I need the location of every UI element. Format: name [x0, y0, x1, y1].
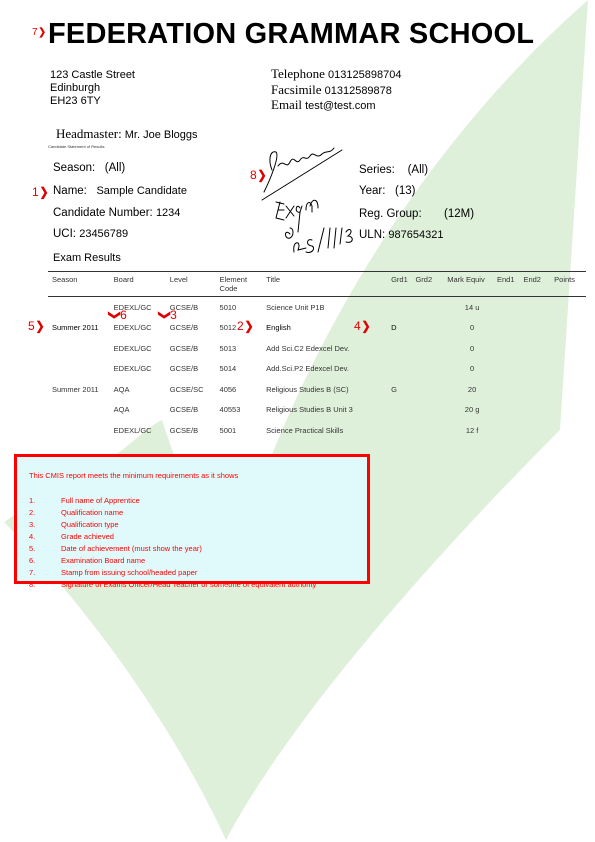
cell-mark: 0 — [447, 338, 497, 359]
school-address: 123 Castle Street Edinburgh EH23 6TY — [50, 69, 135, 108]
cell-grd2 — [415, 297, 447, 318]
uci-field: UCI: 23456789 — [53, 228, 128, 240]
marker-2: 2❯ — [237, 317, 254, 335]
series-field: Series: (All) — [359, 164, 428, 176]
cell-season — [48, 338, 114, 359]
requirement-text: Full name of Apprentice — [61, 496, 140, 505]
column-header: End1 — [497, 272, 523, 297]
requirement-number: 2. — [29, 507, 61, 519]
requirements-intro: This CMIS report meets the minimum requi… — [29, 471, 238, 480]
cell-board: AQA — [114, 400, 170, 421]
cell-board: EDEXL/GC — [114, 338, 170, 359]
reg-group-field: Reg. Group: (12M) — [359, 208, 474, 220]
cell-mark: 20 g — [447, 400, 497, 421]
cell-level: GCSE/B — [170, 359, 220, 380]
requirement-number: 6. — [29, 555, 61, 567]
column-header: Level — [170, 272, 220, 297]
school-contact: Telephone 013125898704 Facsimile 0131258… — [271, 67, 401, 114]
cell-mark: 0 — [447, 359, 497, 380]
uci-value: 23456789 — [79, 228, 128, 240]
cell-mark: 20 — [447, 379, 497, 400]
headmaster-label: Headmaster: — [56, 126, 122, 141]
name-field: Name: Sample Candidate — [53, 185, 187, 197]
year-label: Year: — [359, 185, 385, 197]
table-row: EDEXL/GCGCSE/B5014Add.Sci.P2 Edexcel Dev… — [48, 359, 586, 380]
column-header: Grd2 — [415, 272, 447, 297]
cell-points — [554, 400, 586, 421]
cell-season — [48, 400, 114, 421]
requirement-item: 1.Full name of Apprentice — [29, 495, 316, 507]
year-field: Year: (13) — [359, 185, 415, 197]
candidate-number-value: 1234 — [156, 207, 180, 219]
marker-6: ❯6 — [110, 306, 127, 324]
uln-field: ULN: 987654321 — [359, 229, 443, 241]
column-header: End2 — [523, 272, 554, 297]
series-value: (All) — [408, 164, 428, 176]
requirement-number: 7. — [29, 567, 61, 579]
cell-title: Add Sci.C2 Edexcel Dev. — [266, 338, 391, 359]
cell-end2 — [523, 379, 554, 400]
marker-1: 1❯ — [32, 183, 49, 201]
requirement-item: 7.Stamp from issuing school/headed paper — [29, 567, 316, 579]
cell-grd2 — [415, 400, 447, 421]
cell-end2 — [523, 338, 554, 359]
email-value: test@test.com — [305, 100, 375, 112]
cell-grd1: G — [391, 379, 415, 400]
email-label: Email — [271, 97, 302, 112]
handwritten-signature — [250, 140, 360, 255]
cell-level: GCSE/B — [170, 400, 220, 421]
marker-7: 7❯ — [32, 22, 46, 40]
requirement-text: Qualification type — [61, 520, 119, 529]
requirement-item: 6.Examination Board name — [29, 555, 316, 567]
column-header: Mark Equiv — [447, 272, 497, 297]
season-field: Season: (All) — [53, 162, 125, 174]
requirement-text: Qualification name — [61, 508, 123, 517]
season-label: Season: — [53, 162, 95, 174]
requirement-item: 5.Date of achievement (must show the yea… — [29, 543, 316, 555]
cell-grd1 — [391, 400, 415, 421]
cell-grd2 — [415, 379, 447, 400]
cell-mark: 12 f — [447, 420, 497, 441]
cell-mark: 14 u — [447, 297, 497, 318]
name-value: Sample Candidate — [96, 185, 187, 197]
cell-end1 — [497, 318, 523, 339]
requirements-list: 1.Full name of Apprentice2.Qualification… — [29, 495, 316, 591]
cell-grd1: D — [391, 318, 415, 339]
cell-board: EDEXL/GC — [114, 359, 170, 380]
cell-grd2 — [415, 420, 447, 441]
cell-end2 — [523, 400, 554, 421]
cell-season: Summer 2011 — [48, 379, 114, 400]
cell-end1 — [497, 338, 523, 359]
cell-code: 5001 — [220, 420, 267, 441]
column-header: Element Code — [220, 272, 267, 297]
cell-level: GCSE/B — [170, 420, 220, 441]
cell-title: Add.Sci.P2 Edexcel Dev. — [266, 359, 391, 380]
series-label: Series: — [359, 164, 395, 176]
cell-title: Science Practical Skills — [266, 420, 391, 441]
school-name: FEDERATION GRAMMAR SCHOOL — [48, 18, 534, 51]
year-value: (13) — [395, 185, 415, 197]
cell-season — [48, 420, 114, 441]
uln-value: 987654321 — [388, 229, 443, 241]
cell-season: Summer 2011 — [48, 318, 114, 339]
cell-level: GCSE/B — [170, 318, 220, 339]
table-header-row: Season Board Level Element Code Title Gr… — [48, 272, 586, 297]
table-row: Summer 2011EDEXL/GCGCSE/B5012EnglishD0 — [48, 318, 586, 339]
headmaster: Headmaster: Mr. Joe Bloggs — [56, 126, 198, 142]
cell-level: GCSE/B — [170, 297, 220, 318]
column-header: Title — [266, 272, 391, 297]
uci-label: UCI: — [53, 228, 76, 240]
cell-end1 — [497, 379, 523, 400]
cell-grd1 — [391, 297, 415, 318]
facsimile-label: Facsimile — [271, 82, 322, 97]
candidate-number-label: Candidate Number: — [53, 207, 153, 219]
cell-grd1 — [391, 420, 415, 441]
cell-points — [554, 318, 586, 339]
cell-points — [554, 379, 586, 400]
exam-results-table: Season Board Level Element Code Title Gr… — [48, 271, 586, 441]
column-header: Grd1 — [391, 272, 415, 297]
requirement-number: 4. — [29, 531, 61, 543]
requirement-text: Grade achieved — [61, 532, 114, 541]
cell-code: 40553 — [220, 400, 267, 421]
marker-3: ❯3 — [160, 306, 177, 324]
cell-code: 5010 — [220, 297, 267, 318]
requirement-number: 3. — [29, 519, 61, 531]
requirement-item: 3.Qualification type — [29, 519, 316, 531]
cell-end2 — [523, 297, 554, 318]
cell-grd1 — [391, 359, 415, 380]
cell-end1 — [497, 297, 523, 318]
column-header: Points — [554, 272, 586, 297]
cell-end2 — [523, 420, 554, 441]
cell-grd2 — [415, 359, 447, 380]
cell-board: EDEXL/GC — [114, 420, 170, 441]
cell-season — [48, 359, 114, 380]
reg-group-value: (12M) — [444, 208, 474, 220]
telephone-label: Telephone — [271, 66, 325, 81]
requirement-number: 1. — [29, 495, 61, 507]
requirement-text: Signature of Exams Officer/Head Teacher … — [61, 580, 316, 589]
cell-points — [554, 359, 586, 380]
table-row: EDEXL/GCGCSE/B5001Science Practical Skil… — [48, 420, 586, 441]
cell-code: 4056 — [220, 379, 267, 400]
table-row: EDEXL/GCGCSE/B5013Add Sci.C2 Edexcel Dev… — [48, 338, 586, 359]
cell-board: AQA — [114, 379, 170, 400]
uln-label: ULN: — [359, 229, 385, 241]
headmaster-value: Mr. Joe Bloggs — [125, 129, 198, 141]
requirement-text: Examination Board name — [61, 556, 145, 565]
cell-end1 — [497, 359, 523, 380]
requirement-item: 8.Signature of Exams Officer/Head Teache… — [29, 579, 316, 591]
requirement-text: Stamp from issuing school/headed paper — [61, 568, 197, 577]
facsimile-value: 01312589878 — [325, 85, 392, 97]
cell-level: GCSE/SC — [170, 379, 220, 400]
cell-season — [48, 297, 114, 318]
exam-results-heading: Exam Results — [53, 252, 121, 264]
cell-points — [554, 297, 586, 318]
cell-grd2 — [415, 318, 447, 339]
statement-title: Candidate Statement of Results — [48, 144, 104, 149]
requirement-number: 8. — [29, 579, 61, 591]
cell-code: 5013 — [220, 338, 267, 359]
cell-end1 — [497, 400, 523, 421]
cell-title: Religious Studies B Unit 3 — [266, 400, 391, 421]
cell-end1 — [497, 420, 523, 441]
address-line: Edinburgh — [50, 82, 135, 95]
cell-code: 5014 — [220, 359, 267, 380]
cell-grd1 — [391, 338, 415, 359]
table-row: AQAGCSE/B40553Religious Studies B Unit 3… — [48, 400, 586, 421]
cell-points — [554, 338, 586, 359]
requirement-number: 5. — [29, 543, 61, 555]
cell-points — [554, 420, 586, 441]
requirement-item: 2.Qualification name — [29, 507, 316, 519]
table-row: EDEXL/GCGCSE/B5010Science Unit P1B14 u — [48, 297, 586, 318]
cell-grd2 — [415, 338, 447, 359]
table-row: Summer 2011AQAGCSE/SC4056Religious Studi… — [48, 379, 586, 400]
reg-group-label: Reg. Group: — [359, 208, 422, 220]
cell-end2 — [523, 359, 554, 380]
marker-5: 5❯ — [28, 317, 45, 335]
column-header: Season — [48, 272, 114, 297]
address-line: 123 Castle Street — [50, 69, 135, 82]
address-line: EH23 6TY — [50, 95, 135, 108]
requirements-box: This CMIS report meets the minimum requi… — [14, 454, 370, 584]
requirement-item: 4.Grade achieved — [29, 531, 316, 543]
season-value: (All) — [105, 162, 125, 174]
cell-level: GCSE/B — [170, 338, 220, 359]
candidate-number-field: Candidate Number: 1234 — [53, 207, 180, 219]
requirement-text: Date of achievement (must show the year) — [61, 544, 202, 553]
name-label: Name: — [53, 185, 87, 197]
cell-title: English — [266, 318, 391, 339]
cell-end2 — [523, 318, 554, 339]
cell-title: Science Unit P1B — [266, 297, 391, 318]
marker-4: 4❯ — [354, 317, 371, 335]
telephone-value: 013125898704 — [328, 69, 401, 81]
cell-title: Religious Studies B (SC) — [266, 379, 391, 400]
cell-mark: 0 — [447, 318, 497, 339]
column-header: Board — [114, 272, 170, 297]
